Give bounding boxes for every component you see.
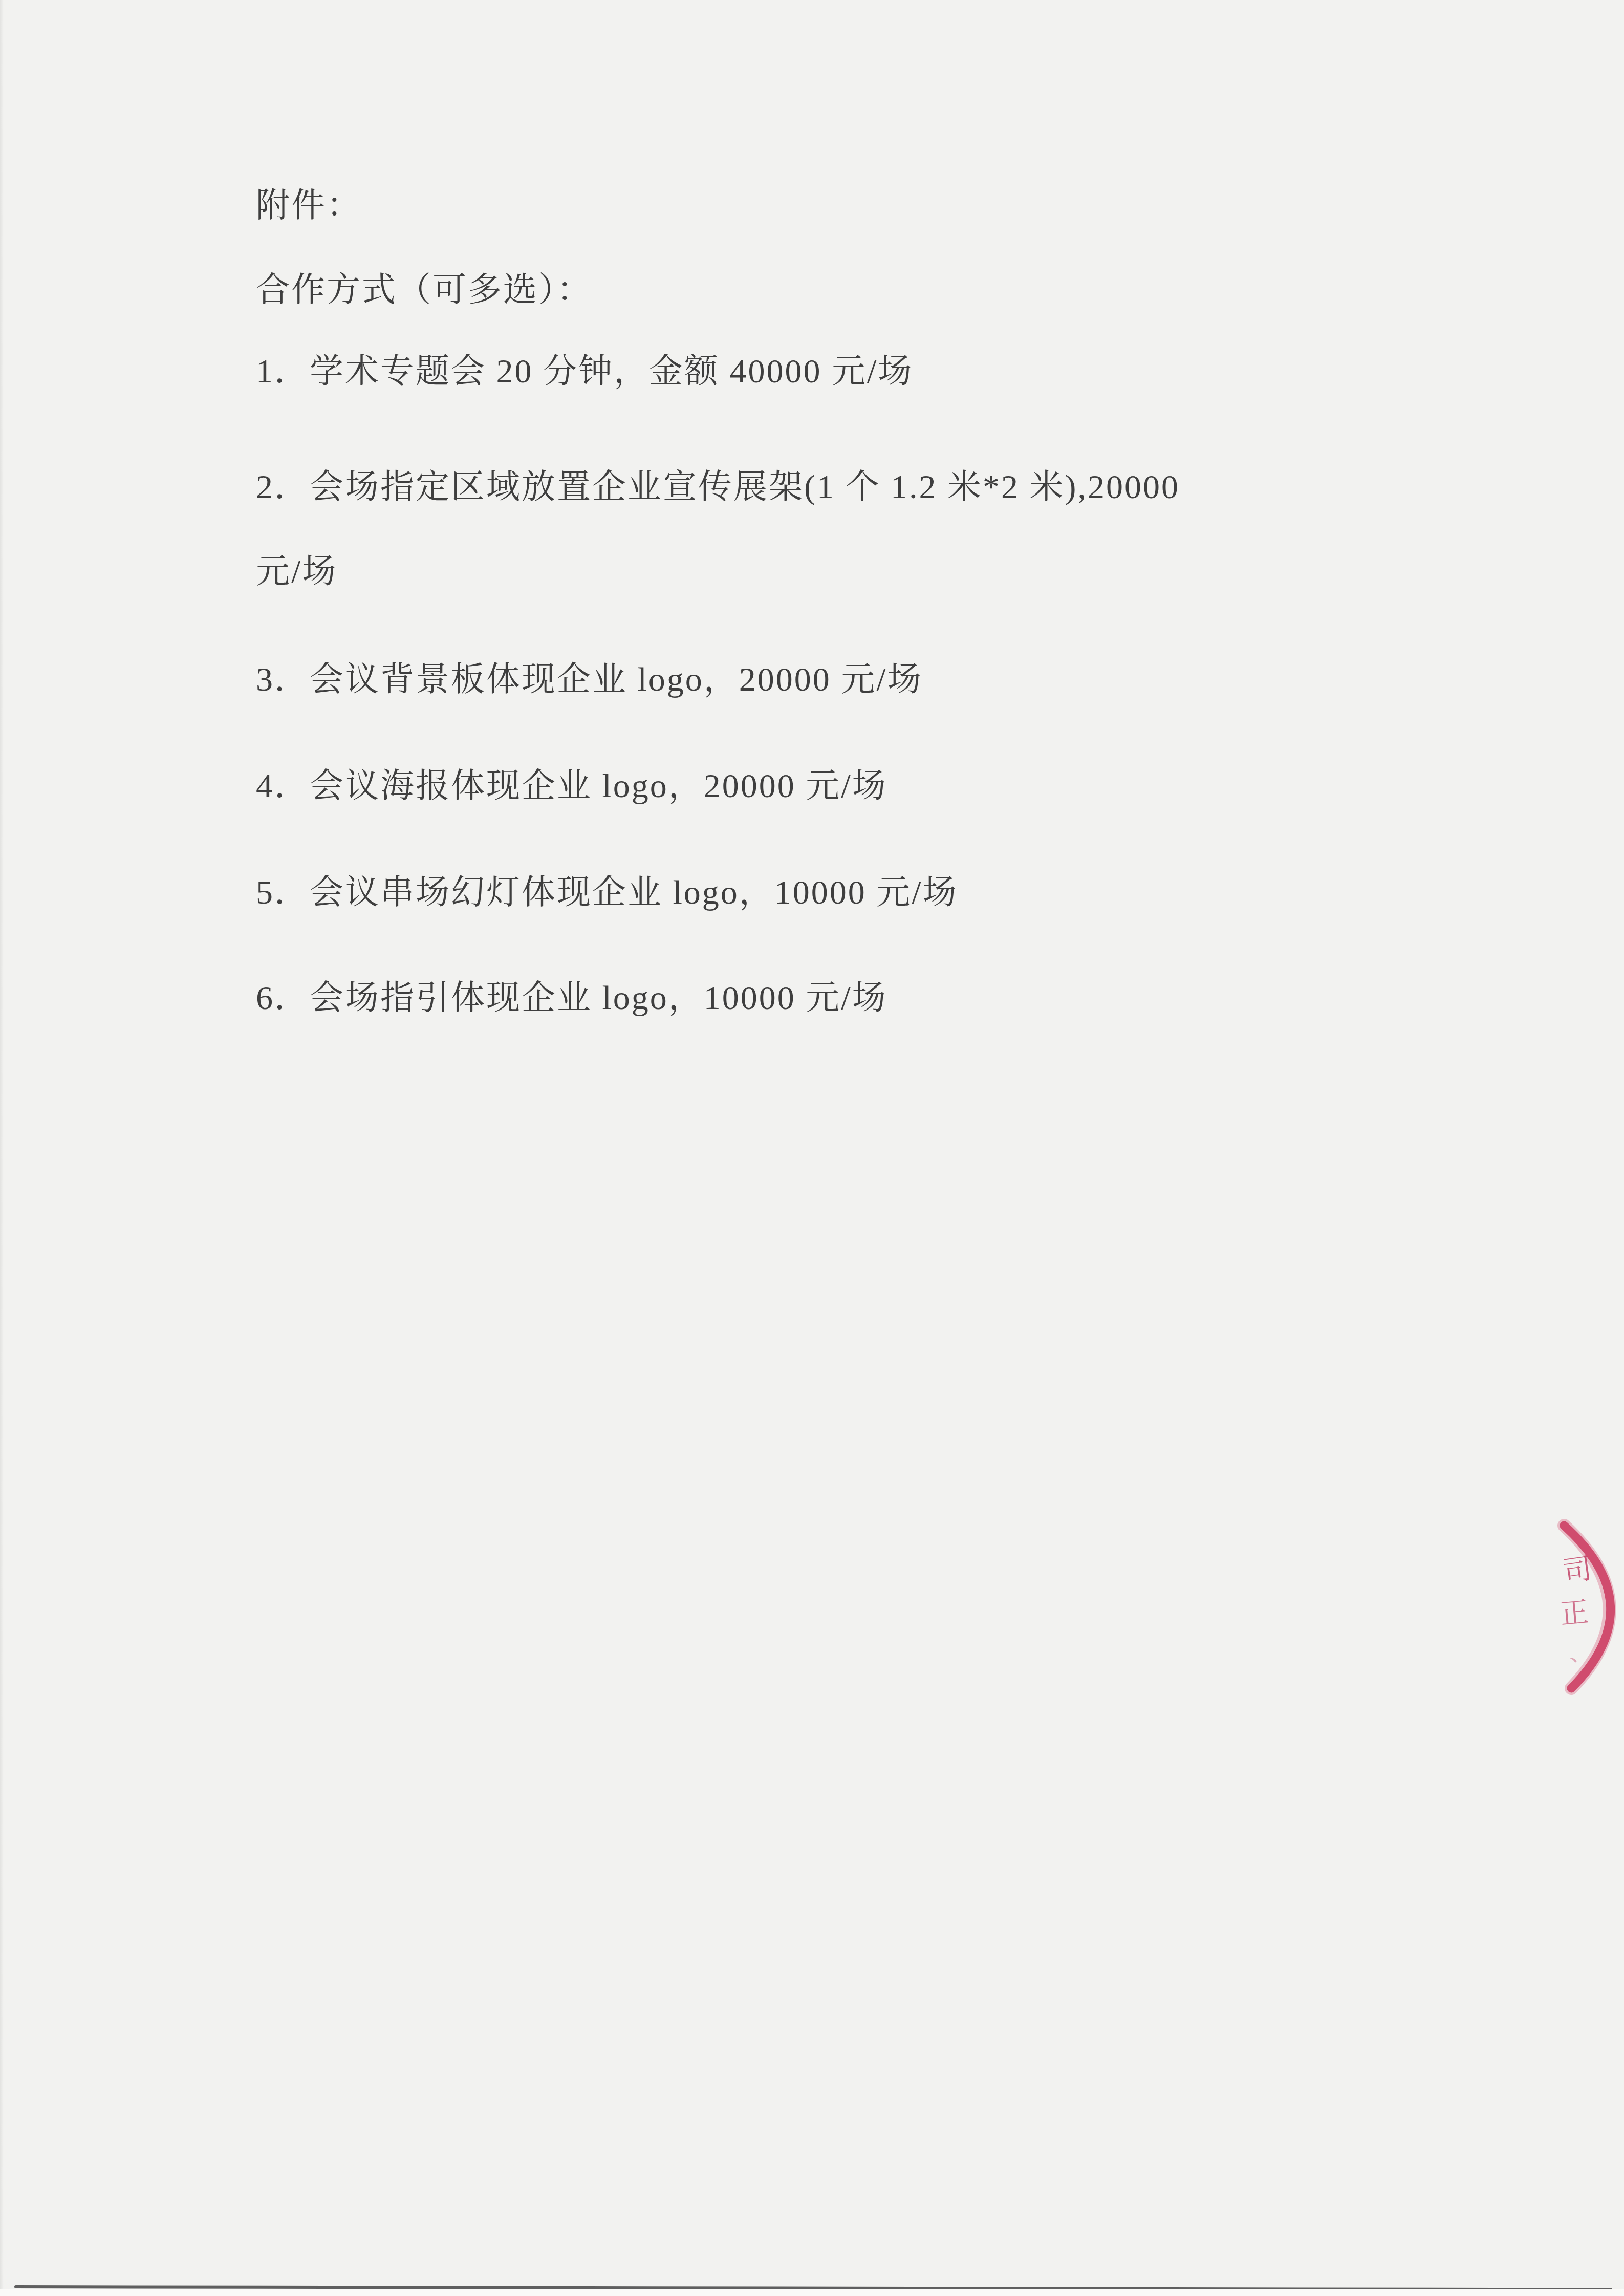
document-body: 附件： 合作方式（可多选）： 1．学术专题会 20 分钟，金额 40000 元/… [256, 185, 1510, 1019]
red-seal-stamp: 司 正 、 [1551, 1514, 1624, 1704]
list-item-2-line-1: 2．会场指定区域放置企业宣传展架(1 个 1.2 米*2 米),20000 [256, 467, 1510, 508]
list-item-5: 5．会议串场幻灯体现企业 logo，10000 元/场 [256, 872, 1510, 913]
scanned-document-page: 附件： 合作方式（可多选）： 1．学术专题会 20 分钟，金额 40000 元/… [0, 0, 1624, 2296]
list-item-2-line-2: 元/场 [256, 551, 1510, 592]
stamp-character-fragment: 正 [1559, 1598, 1590, 1629]
list-item-6: 6．会场指引体现企业 logo，10000 元/场 [256, 978, 1510, 1019]
scan-background-below-page [0, 2289, 1624, 2296]
list-item-1: 1．学术专题会 20 分钟，金额 40000 元/场 [256, 351, 1510, 392]
scan-left-edge-artifact [0, 0, 4, 2296]
stamp-character-fragment: 司 [1561, 1554, 1593, 1586]
list-item-4: 4．会议海报体现企业 logo，20000 元/场 [256, 766, 1510, 807]
attachment-label: 附件： [256, 185, 1510, 226]
stamp-character-fragment: 、 [1566, 1636, 1594, 1669]
list-item-3: 3．会议背景板体现企业 logo，20000 元/场 [256, 659, 1510, 700]
cooperation-heading: 合作方式（可多选）： [256, 270, 1510, 311]
stamp-arc-icon [1551, 1514, 1624, 1704]
